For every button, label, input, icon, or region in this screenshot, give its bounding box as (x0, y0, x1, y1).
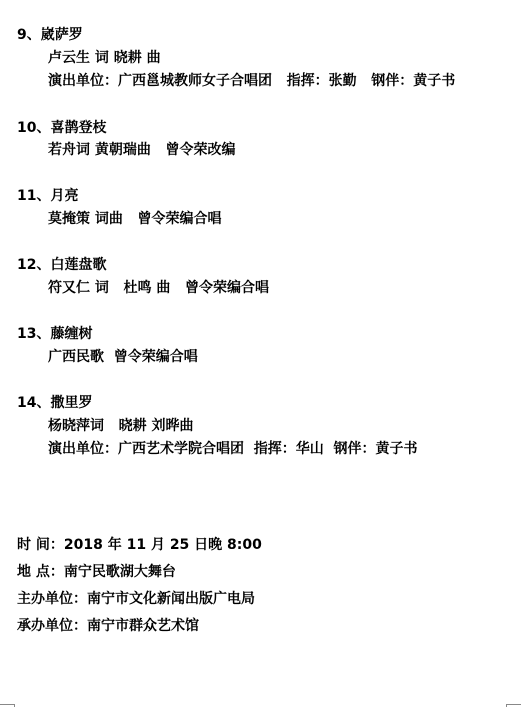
event-organizer: 主办单位：南宁市文化新闻出版广电局 (17, 590, 255, 608)
song-credits: 卢云生 词 晓耕 曲 (48, 49, 161, 67)
program-item-10-heading: 10、喜鹊登枝 (17, 119, 106, 137)
song-title: 藤缠树 (50, 326, 92, 342)
item-number: 14、 (17, 395, 50, 411)
song-title: 撒里罗 (50, 395, 92, 411)
event-time: 时 间：2018 年 11 月 25 日晚 8:00 (17, 536, 262, 554)
program-item-9-heading: 9、崴萨罗 (17, 26, 83, 44)
song-credits: 广西民歌 曾令荣编合唱 (48, 348, 198, 366)
song-title: 白莲盘歌 (50, 257, 106, 273)
song-title: 喜鹊登枝 (50, 120, 106, 136)
item-number: 13、 (17, 326, 50, 342)
item-number: 9、 (17, 27, 41, 43)
item-number: 11、 (17, 188, 50, 204)
song-credits: 莫掩策 词曲 曾令荣编合唱 (48, 210, 222, 228)
event-place: 地 点：南宁民歌湖大舞台 (17, 563, 176, 581)
song-title: 崴萨罗 (41, 27, 83, 43)
program-item-11-heading: 11、月亮 (17, 187, 78, 205)
program-item-12-heading: 12、白莲盘歌 (17, 256, 106, 274)
program-item-13-heading: 13、藤缠树 (17, 325, 92, 343)
song-credits: 若舟词 黄朝瑞曲 曾令荣改编 (48, 141, 236, 159)
performer-line: 演出单位：广西邕城教师女子合唱团 指挥：张勤 钢伴：黄子书 (48, 72, 455, 90)
song-credits: 杨晓萍词 晓耕 刘晔曲 (48, 417, 194, 435)
event-executor: 承办单位：南宁市群众艺术馆 (17, 617, 199, 635)
program-item-14-heading: 14、撒里罗 (17, 394, 92, 412)
song-credits: 符又仁 词 杜鸣 曲 曾令荣编合唱 (48, 279, 269, 297)
item-number: 12、 (17, 257, 50, 273)
item-number: 10、 (17, 120, 50, 136)
song-title: 月亮 (50, 188, 78, 204)
performer-line: 演出单位：广西艺术学院合唱团 指挥：华山 钢伴：黄子书 (48, 440, 418, 458)
